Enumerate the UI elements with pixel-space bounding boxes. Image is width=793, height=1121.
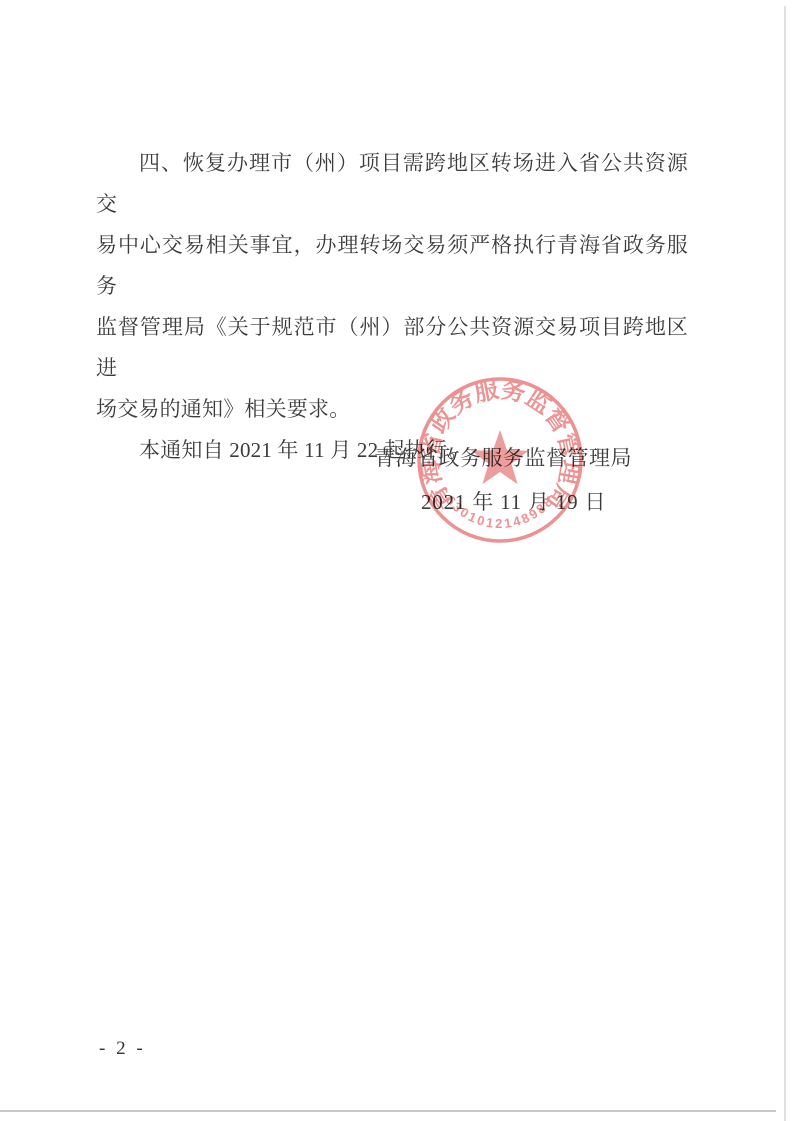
seal-star-icon	[471, 430, 528, 484]
seal-number: 6301012148988	[443, 493, 557, 531]
document-page: 四、恢复办理市（州）项目需跨地区转场进入省公共资源交 易中心交易相关事宜，办理转…	[0, 0, 793, 1121]
body-line-2: 易中心交易相关事宜，办理转场交易须严格执行青海省政务服务	[96, 225, 688, 307]
official-seal-stamp: 青海省政务服务监督管理局 6301012148988	[395, 355, 605, 565]
scan-edge-right	[784, 6, 786, 1121]
page-number: - 2 -	[99, 1038, 146, 1060]
scan-edge-bottom	[0, 1110, 776, 1112]
body-line-1: 四、恢复办理市（州）项目需跨地区转场进入省公共资源交	[96, 143, 688, 225]
